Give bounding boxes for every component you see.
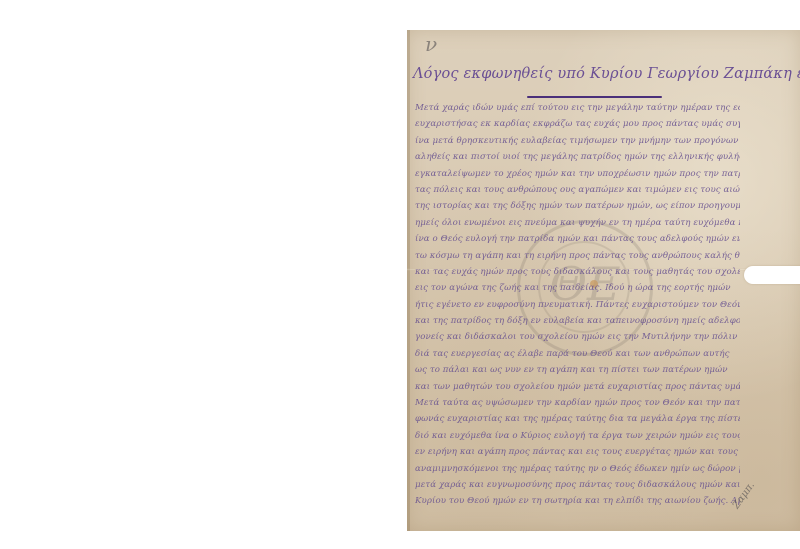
corner-pencil-mark: ν (425, 32, 437, 56)
text-line: αναμιμνησκόμενοι της ημέρας ταύτης ην ο … (415, 461, 740, 477)
text-line: ίνα ο Θεός ευλογή την πατρίδα ημών και π… (415, 231, 740, 247)
text-line: εν ειρήνη και αγάπη προς πάντας και εις … (415, 444, 740, 460)
text-line: εγκαταλείψωμεν το χρέος ημών και την υπο… (415, 166, 740, 182)
page-left-edge (407, 30, 410, 531)
text-line: ως το πάλαι και ως νυν εν τη αγάπη και τ… (415, 362, 740, 378)
text-line: διά τας ευεργεσίας ας έλαβε παρά του Θεο… (415, 346, 740, 362)
text-line: εις τον αγώνα της ζωής και της παιδείας.… (415, 280, 740, 296)
text-line: γονείς και διδάσκαλοι του σχολείου ημών … (415, 329, 740, 345)
text-line: Μετά χαράς ιδών υμάς επί τούτου εις την … (415, 100, 740, 116)
text-line: διό και ευχόμεθα ίνα ο Κύριος ευλογή τα … (415, 428, 740, 444)
text-line: και τας ευχάς ημών προς τους διδασκάλους… (415, 264, 740, 280)
text-line: Μετά ταύτα ας υψώσωμεν την καρδίαν ημών … (415, 395, 740, 411)
text-line: της ιστορίας και της δόξης ημών των πατέ… (415, 198, 740, 214)
text-line: ήτις εγένετο εν ευφροσύνη πνευματική. Πά… (415, 297, 740, 313)
paper-tear (744, 266, 800, 284)
manuscript-title: Λόγος εκφωνηθείς υπό Κυρίου Γεωργίου Ζαμ… (413, 66, 793, 82)
text-line: ευχαριστήσας εκ καρδίας εκφράζω τας ευχά… (415, 116, 740, 132)
text-line: φωνάς ευχαριστίας και της ημέρας ταύτης … (415, 411, 740, 427)
text-line: μετά χαράς και ευγνωμοσύνης προς πάντας … (415, 477, 740, 493)
title-underline (527, 96, 662, 98)
text-line: τας πόλεις και τους ανθρώπους ους αγαπώμ… (415, 182, 740, 198)
text-line: αληθείς και πιστοί υιοί της μεγάλης πατρ… (415, 149, 740, 165)
text-line: ίνα μετά θρησκευτικής ευλαβείας τιμήσωμε… (415, 133, 740, 149)
manuscript-body: Μετά χαράς ιδών υμάς επί τούτου εις την … (415, 100, 740, 510)
text-line: και των μαθητών του σχολείου ημών μετά ε… (415, 379, 740, 395)
text-line: ημείς όλοι ενωμένοι εις πνεύμα και ψυχήν… (415, 215, 740, 231)
text-line: Κυρίου του Θεού ημών εν τη σωτηρία και τ… (415, 493, 740, 509)
text-line: και της πατρίδος τη δόξη εν ευλαβεία και… (415, 313, 740, 329)
manuscript-page: ΘΕ ν Λόγος εκφωνηθείς υπό Κυρίου Γεωργίο… (407, 30, 800, 531)
text-line: τω κόσμω τη αγάπη και τη ειρήνη προς πάν… (415, 248, 740, 264)
